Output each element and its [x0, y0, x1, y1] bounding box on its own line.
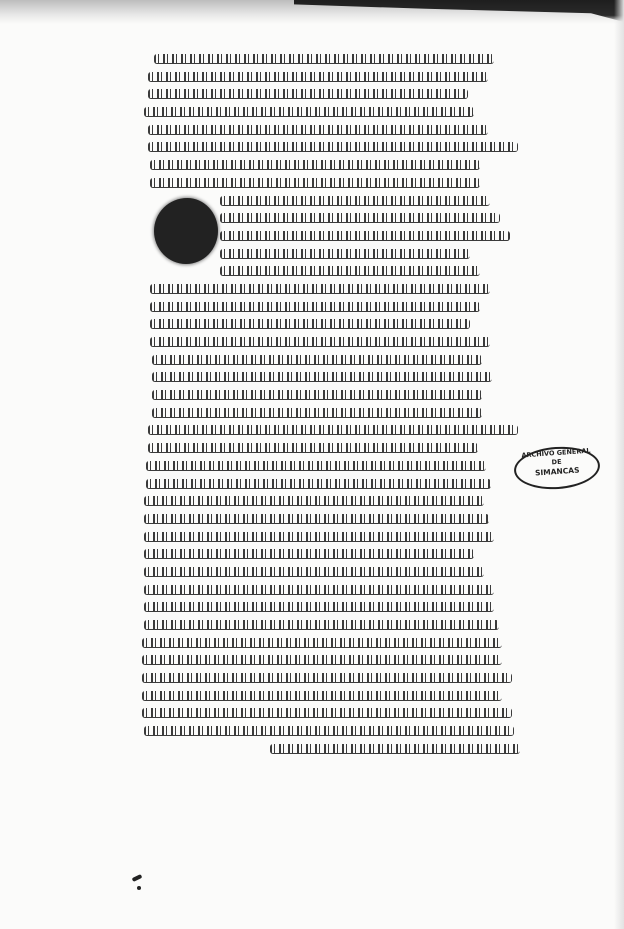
handwritten-line: [140, 368, 540, 386]
ink-stroke: [152, 390, 482, 400]
handwritten-line: [140, 227, 540, 245]
ink-stroke: [150, 178, 480, 188]
ink-stroke: [150, 319, 470, 329]
ink-stroke: [142, 691, 502, 701]
handwritten-line: [140, 68, 540, 86]
handwritten-line: [140, 598, 540, 616]
ink-stroke: [150, 302, 480, 312]
handwritten-line: [140, 280, 540, 298]
handwritten-line: [140, 333, 540, 351]
ink-stroke: [150, 337, 490, 347]
handwritten-line: [140, 262, 540, 280]
handwritten-line: [140, 704, 540, 722]
handwritten-line: [140, 581, 540, 599]
handwritten-line: [140, 351, 540, 369]
ink-stroke: [144, 532, 494, 542]
handwritten-line: [140, 85, 540, 103]
ink-stroke: [144, 602, 494, 612]
ink-stroke: [144, 514, 489, 524]
handwritten-line: [140, 740, 540, 758]
manuscript-page: ARCHIVO GENERAL DE SIMANCAS: [0, 0, 624, 929]
ink-stroke: [148, 89, 468, 99]
handwritten-line: [140, 121, 540, 139]
ink-stroke: [144, 107, 474, 117]
ink-stroke: [152, 355, 482, 365]
ink-stroke: [220, 213, 500, 223]
ink-stroke: [154, 54, 494, 64]
ink-stroke: [150, 160, 480, 170]
ink-stroke: [148, 72, 488, 82]
ink-stroke: [144, 496, 484, 506]
margin-mark: [132, 874, 143, 882]
ink-stroke: [142, 673, 512, 683]
handwritten-line: [140, 563, 540, 581]
ink-stroke: [144, 726, 514, 736]
handwritten-line: [140, 457, 540, 475]
ink-stroke: [220, 196, 490, 206]
handwritten-line: [140, 156, 540, 174]
ink-stroke: [142, 708, 512, 718]
handwritten-line: [140, 616, 540, 634]
handwritten-line: [140, 315, 540, 333]
ink-stroke: [220, 266, 480, 276]
handwritten-line: [140, 634, 540, 652]
handwritten-line: [140, 669, 540, 687]
handwritten-line: [140, 50, 540, 68]
handwritten-line: [140, 475, 540, 493]
handwritten-line: [140, 174, 540, 192]
handwritten-line: [140, 209, 540, 227]
ink-stroke: [220, 231, 510, 241]
ink-stroke: [148, 425, 518, 435]
ink-stroke: [150, 284, 490, 294]
handwritten-line: [140, 492, 540, 510]
ink-stroke: [144, 585, 494, 595]
ink-stroke: [144, 567, 484, 577]
handwritten-line: [140, 404, 540, 422]
ink-stroke: [270, 744, 520, 754]
ink-stroke: [152, 408, 482, 418]
ink-stroke: [148, 443, 478, 453]
handwritten-line: [140, 298, 540, 316]
handwritten-line: [140, 510, 540, 528]
ink-stroke: [148, 142, 518, 152]
handwritten-line: [140, 103, 540, 121]
handwritten-line: [140, 545, 540, 563]
handwritten-line: [140, 192, 540, 210]
ink-stroke: [220, 249, 470, 259]
ink-stroke: [142, 655, 502, 665]
handwritten-line: [140, 651, 540, 669]
ink-stroke: [146, 479, 491, 489]
handwritten-line: [140, 687, 540, 705]
ink-stroke: [148, 125, 488, 135]
margin-dot: [137, 886, 141, 890]
ink-stroke: [152, 372, 492, 382]
handwritten-line: [140, 245, 540, 263]
handwritten-line: [140, 138, 540, 156]
handwritten-text-block: [140, 50, 540, 758]
ink-stroke: [142, 638, 502, 648]
handwritten-line: [140, 439, 540, 457]
handwritten-line: [140, 421, 540, 439]
ink-stroke: [144, 549, 474, 559]
handwritten-line: [140, 528, 540, 546]
handwritten-line: [140, 386, 540, 404]
handwritten-line: [140, 722, 540, 740]
ink-stroke: [146, 461, 486, 471]
page-right-edge: [614, 0, 624, 929]
ink-stroke: [144, 620, 499, 630]
